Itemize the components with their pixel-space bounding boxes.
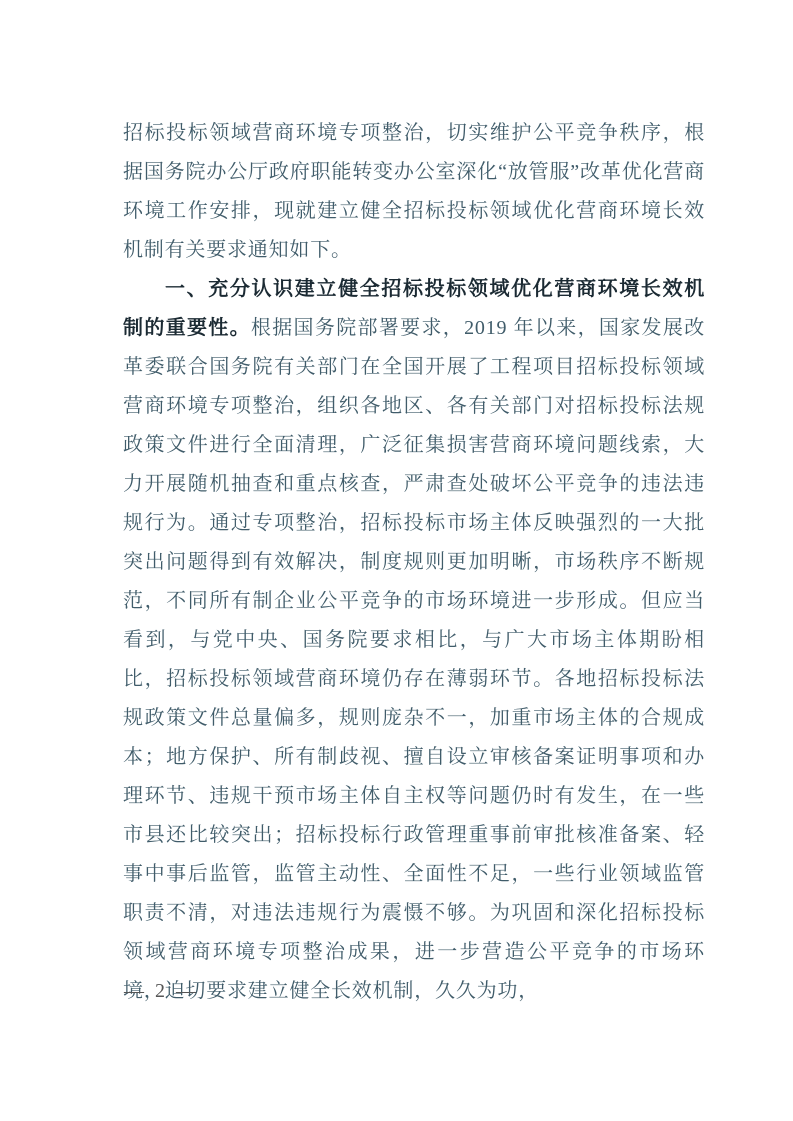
document-content: 招标投标领域营商环境专项整治，切实维护公平竞争秩序，根据国务院办公厅政府职能转变…	[123, 114, 705, 1011]
paragraph-section-1: 一、充分认识建立健全招标投标领域优化营商环境长效机制的重要性。根据国务院部署要求…	[123, 270, 705, 1011]
page-footer: — 2 —	[124, 978, 199, 1004]
document-page: 招标投标领域营商环境专项整治，切实维护公平竞争秩序，根据国务院办公厅政府职能转变…	[0, 0, 793, 1121]
paragraph-continuation: 招标投标领域营商环境专项整治，切实维护公平竞争秩序，根据国务院办公厅政府职能转变…	[123, 114, 705, 270]
section-1-body-text: 根据国务院部署要求，2019 年以来，国家发展改革委联合国务院有关部门在全国开展…	[123, 317, 705, 1002]
paragraph-text: 招标投标领域营商环境专项整治，切实维护公平竞争秩序，根据国务院办公厅政府职能转变…	[123, 122, 705, 261]
page-number: — 2 —	[124, 980, 199, 1002]
